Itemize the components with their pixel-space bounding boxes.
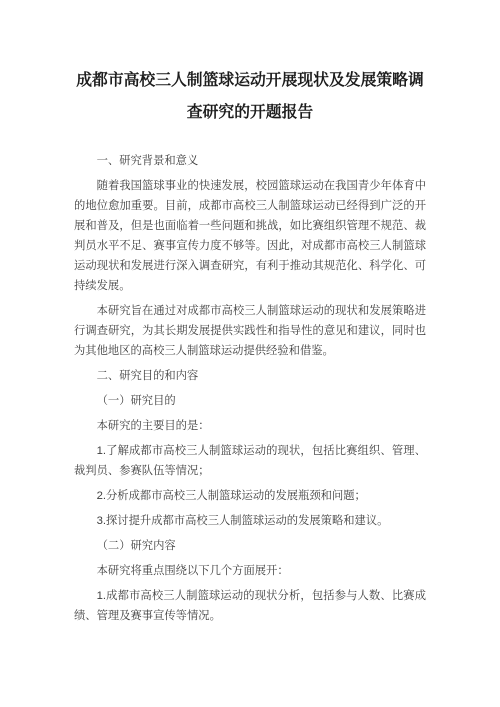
- paragraph-purpose-intro: 本研究的主要目的是：: [74, 416, 426, 436]
- list-item-purpose-1: 1.了解成都市高校三人制篮球运动的现状，包括比赛组织、管理、裁判员、参赛队伍等情…: [74, 441, 426, 481]
- document-page: 成都市高校三人制篮球运动开展现状及发展策略调查研究的开题报告 一、研究背景和意义…: [0, 0, 500, 707]
- paragraph-background-1: 随着我国篮球事业的快速发展，校园篮球运动在我国青少年体育中的地位愈加重要。目前，…: [74, 176, 426, 296]
- paragraph-background-2: 本研究旨在通过对成都市高校三人制篮球运动的现状和发展策略进行调查研究，为其长期发…: [74, 301, 426, 361]
- list-item-purpose-3: 3.探讨提升成都市高校三人制篮球运动的发展策略和建议。: [74, 511, 426, 531]
- section-heading-purpose-and-content: 二、研究目的和内容: [74, 366, 426, 386]
- section-heading-background: 一、研究背景和意义: [74, 151, 426, 171]
- subsection-heading-research-content: （二）研究内容: [74, 536, 426, 556]
- list-item-content-1: 1.成都市高校三人制篮球运动的现状分析，包括参与人数、比赛成绩、管理及赛事宣传等…: [74, 586, 426, 626]
- subsection-heading-research-purpose: （一）研究目的: [74, 391, 426, 411]
- document-content: 成都市高校三人制篮球运动开展现状及发展策略调查研究的开题报告 一、研究背景和意义…: [74, 65, 426, 631]
- list-item-purpose-2: 2.分析成都市高校三人制篮球运动的发展瓶颈和问题；: [74, 486, 426, 506]
- document-title: 成都市高校三人制篮球运动开展现状及发展策略调查研究的开题报告: [74, 65, 426, 129]
- paragraph-content-intro: 本研究将重点围绕以下几个方面展开：: [74, 561, 426, 581]
